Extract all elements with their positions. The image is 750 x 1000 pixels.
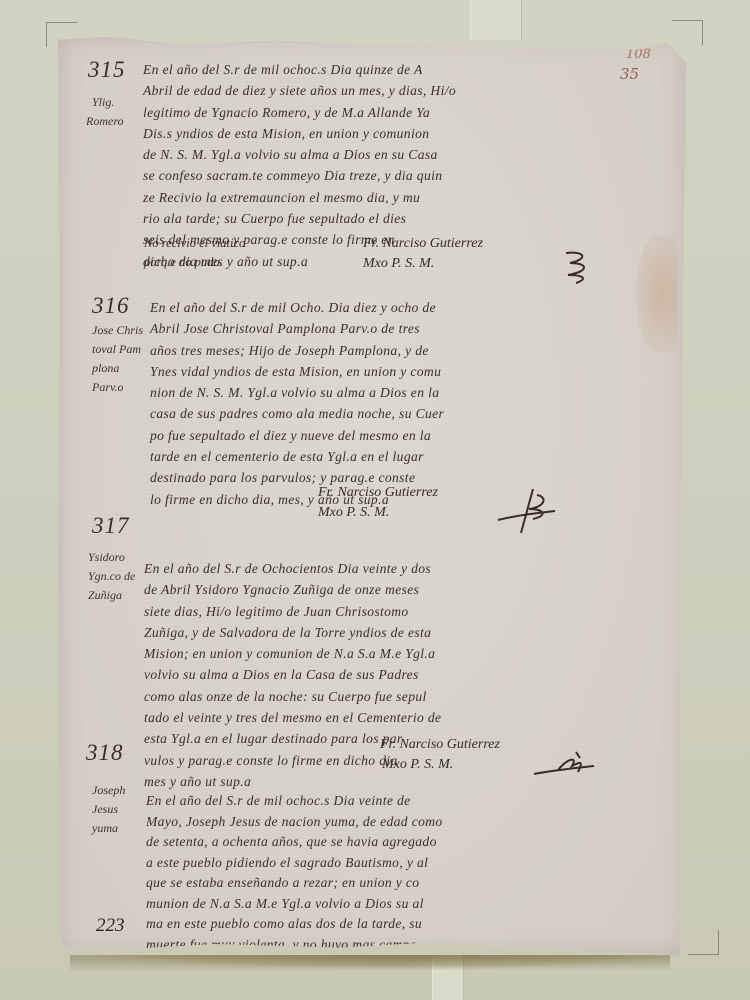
- margin-name-line: Jesus: [92, 800, 125, 819]
- entry-line: rio ala tarde; su Cuerpo fue sepultado e…: [143, 208, 633, 229]
- page-shadow: [70, 955, 670, 973]
- entry-line: de Abril Ysidoro Ygnacio Zuñiga de onze …: [144, 579, 634, 600]
- entry-line: En el año del S.r de mil Ocho. Dia diez …: [150, 297, 640, 318]
- entry-note: No recivio el viatico porq.e no pudo.: [144, 234, 245, 272]
- entry-line: tado el veinte y tres del mesmo en el Ce…: [144, 707, 634, 728]
- signature-name: Fr. Narciso Gutierrez: [380, 735, 500, 755]
- entry-margin-name: Ysidoro Ygn.co de Zuñiga: [88, 548, 135, 605]
- entry-line: que se estaba enseñando a rezar; en unio…: [146, 873, 636, 894]
- signature-name: Fr. Narciso Gutierrez: [363, 234, 483, 254]
- entry-margin-name: Ylig. Romero: [86, 93, 124, 131]
- signature-title: Mxo P. S. M.: [380, 755, 500, 775]
- entry-margin-name: Jose Chris toval Pam plona Parv.o: [92, 321, 143, 397]
- margin-name-line: Jose Chris: [92, 321, 143, 340]
- entry-number: 315: [88, 57, 126, 83]
- signature-title: Mxo P. S. M.: [318, 503, 438, 523]
- note-line: No recivio el viatico: [144, 234, 245, 253]
- entry-margin-name: Joseph Jesus yuma: [92, 781, 125, 838]
- entry-line: En el año del S.r de mil ochoc.s Dia vei…: [146, 791, 636, 812]
- entry-line: de setenta, a ochenta años, que se havia…: [146, 832, 636, 853]
- entry-line: Dis.s yndios de esta Mision, en union y …: [143, 123, 633, 144]
- entry-line: En el año del S.r de mil ochoc.s Dia qui…: [143, 59, 633, 80]
- entry-number: 318: [86, 740, 124, 766]
- margin-name-line: Ylig.: [86, 93, 124, 112]
- entry-line: Abril Jose Christoval Pamplona Parv.o de…: [150, 318, 640, 339]
- entry-line: En el año del S.r de Ochocientos Dia vei…: [144, 558, 634, 579]
- mount-corner-bottom-right: [688, 930, 719, 955]
- margin-name-line: Zuñiga: [88, 586, 135, 605]
- entry-line: casa de sus padres como ala media noche,…: [150, 403, 640, 424]
- margin-name-line: Ysidoro: [88, 548, 135, 567]
- entry-line: po fue sepultado el diez y nueve del mes…: [150, 425, 640, 446]
- margin-name-line: yuma: [92, 819, 125, 838]
- mount-corner-top-right: [672, 20, 703, 45]
- mount-board-strip: [470, 0, 522, 40]
- entry-line: Ynes vidal yndios de esta Mision, en uni…: [150, 361, 640, 382]
- margin-name-line: Romero: [86, 112, 124, 131]
- entry-line: nion de N. S. M. Ygl.a volvio su alma a …: [150, 382, 640, 403]
- entry-body: En el año del S.r de mil Ocho. Dia diez …: [150, 297, 640, 510]
- entry-line: años tres meses; Hijo de Joseph Pamplona…: [150, 340, 640, 361]
- entry-line: volvio su alma a Dios en la Casa de sus …: [144, 664, 634, 685]
- priest-signature: Fr. Narciso Gutierrez Mxo P. S. M.: [318, 483, 438, 523]
- entry-line: como alas onze de la noche: su Cuerpo fu…: [144, 686, 634, 707]
- signature-title: Mxo P. S. M.: [363, 254, 483, 274]
- margin-name-line: Parv.o: [92, 378, 143, 397]
- priest-signature: Fr. Narciso Gutierrez Mxo P. S. M.: [363, 234, 483, 274]
- entry-line: siete dias, Hi/o legitimo de Juan Chriso…: [144, 601, 634, 622]
- rubric-flourish-icon: [558, 245, 598, 285]
- note-line: porq.e no pudo.: [144, 253, 245, 272]
- entry-number: 316: [92, 293, 130, 319]
- entry-line: Zuñiga, y de Salvadora de la Torre yndio…: [144, 622, 634, 643]
- signature-name: Fr. Narciso Gutierrez: [318, 483, 438, 503]
- priest-signature: Fr. Narciso Gutierrez Mxo P. S. M.: [380, 735, 500, 775]
- entry-line: se confeso sacram.te commeyo Dia treze, …: [143, 165, 633, 186]
- margin-name-line: toval Pam: [92, 340, 143, 359]
- entry-line: Mayo, Joseph Jesus de nacion yuma, de ed…: [146, 812, 636, 833]
- page-number: 223: [96, 915, 125, 937]
- entry-number: 317: [92, 513, 130, 539]
- margin-name-line: plona: [92, 359, 143, 378]
- margin-name-line: Joseph: [92, 781, 125, 800]
- entry-line: a este pueblo pidiendo el sagrado Bautis…: [146, 853, 636, 874]
- entry-line: muerte fue muy violenta, y no huvo mas c…: [146, 935, 636, 956]
- entry-line: tarde en el cementerio de esta Ygl.a en …: [150, 446, 640, 467]
- entry-line: Mision; en union y comunion de N.a S.a M…: [144, 643, 634, 664]
- entry-body: En el año del S.r de mil ochoc.s Dia vei…: [146, 791, 636, 976]
- entry-line: legitimo de Ygnacio Romero, y de M.a All…: [143, 102, 633, 123]
- margin-name-line: Ygn.co de: [88, 567, 135, 586]
- entry-line: ma en este pueblo como alas dos de la ta…: [146, 914, 636, 935]
- water-stain: [636, 235, 678, 353]
- rubric-flourish-icon: [528, 750, 598, 786]
- entry-line: ze Recivio la extremauncion el mesmo dia…: [143, 187, 633, 208]
- entry-line: Abril de edad de diez y siete años un me…: [143, 80, 633, 101]
- manuscript-page: 108 35 315 Ylig. Romero En el año del S.…: [58, 35, 686, 955]
- entry-line: de N. S. M. Ygl.a volvio su alma a Dios …: [143, 144, 633, 165]
- entry-line: munion de N.a S.a M.e Ygl.a volvio a Dio…: [146, 894, 636, 915]
- rubric-flourish-icon: [493, 485, 563, 535]
